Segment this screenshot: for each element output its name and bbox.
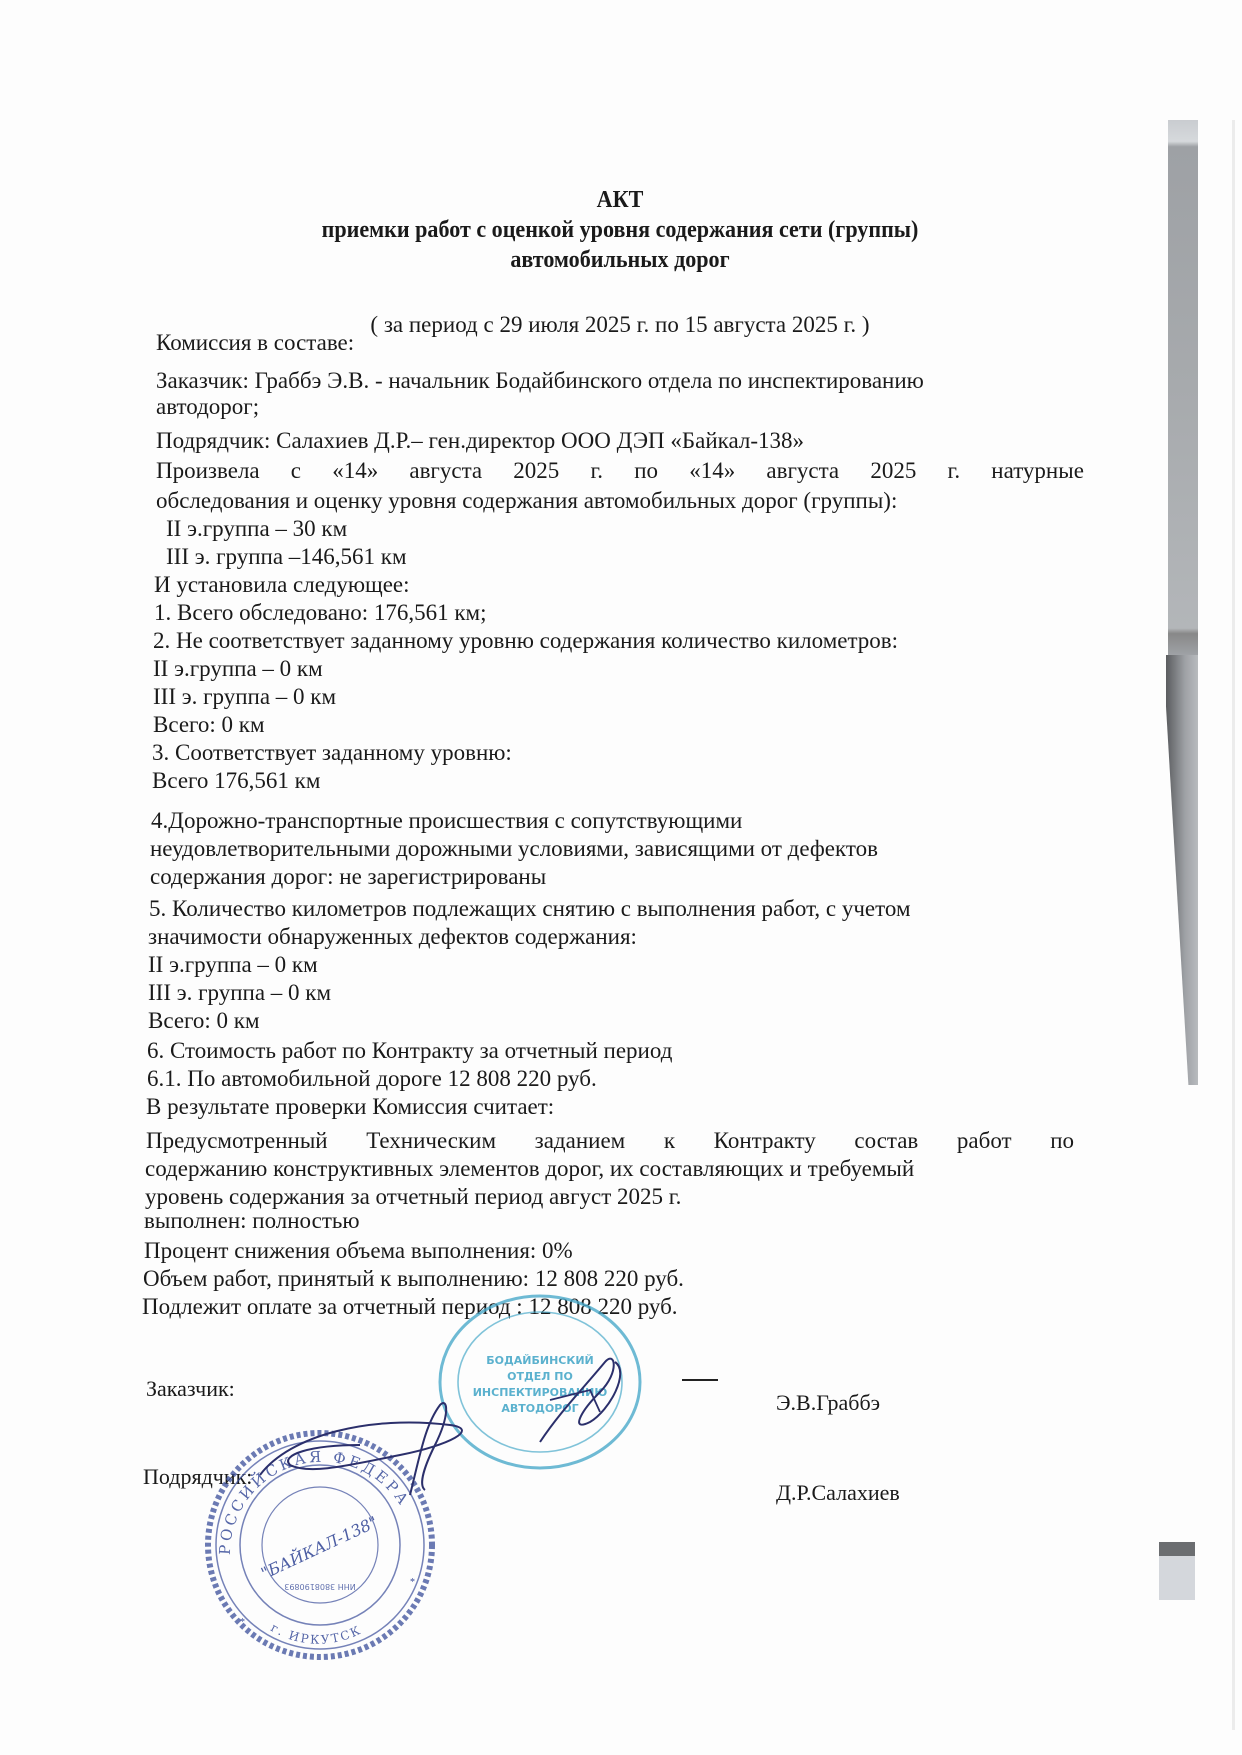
stamp-text: ИНСПЕКТИРОВАНИЮ — [473, 1386, 608, 1399]
stamp-text: БОДАЙБИНСКИЙ — [486, 1354, 594, 1367]
commission-heading: Комиссия в составе: — [156, 330, 354, 356]
word: «14» — [332, 458, 378, 484]
word: августа — [766, 458, 839, 484]
contractor-line: Подрядчик: Салахиев Д.Р.– ген.директор О… — [156, 428, 804, 454]
finding-5-group-3: III э. группа – 0 км — [148, 980, 331, 1006]
finding-4-line-2: неудовлетворительными дорожными условиям… — [150, 836, 878, 862]
finding-1: 1. Всего обследовано: 176,561 км; — [154, 600, 486, 626]
contractor-signature-name: Д.Р.Салахиев — [776, 1480, 900, 1506]
survey-line: Произвела с «14» августа 2025 г. по «14»… — [156, 458, 1084, 484]
word: к — [664, 1128, 675, 1154]
word: заданием — [535, 1128, 626, 1154]
finding-5: 5. Количество километров подлежащих снят… — [149, 896, 911, 922]
accepted-volume: Объем работ, принятый к выполнению: 12 8… — [143, 1266, 684, 1292]
finding-5-total: Всего: 0 км — [148, 1008, 260, 1034]
finding-2-group-3: III э. группа – 0 км — [153, 684, 336, 710]
stamp-inn-text: ИНН 3808190893 — [284, 1582, 355, 1591]
scanner-edge-artifact — [1166, 655, 1198, 1085]
word: по — [634, 458, 658, 484]
stamp-text: ОТДЕЛ ПО — [507, 1370, 573, 1383]
svg-text:*: * — [240, 1617, 245, 1628]
finding-2-group-2: II э.группа – 0 км — [153, 656, 323, 682]
finding-3-total: Всего 176,561 км — [152, 768, 320, 794]
conclusion-paragraph-line-3: уровень содержания за отчетный период ав… — [145, 1184, 681, 1210]
word: 2025 — [513, 458, 559, 484]
stamp-center-text: "БАЙКАЛ-138" — [257, 1511, 380, 1583]
word: августа — [409, 458, 482, 484]
page-edge — [1232, 120, 1235, 1730]
word: натурные — [991, 458, 1084, 484]
conclusion-paragraph-line-1: Предусмотренный Техническим заданием к К… — [146, 1128, 1074, 1154]
word: с — [291, 458, 301, 484]
finding-3: 3. Соответствует заданному уровню: — [152, 740, 512, 766]
findings-heading: И установила следующее: — [154, 572, 410, 598]
word: Предусмотренный — [146, 1128, 328, 1154]
finding-2-total: Всего: 0 км — [153, 712, 265, 738]
customer-line: Заказчик: Граббэ Э.В. - начальник Бодайб… — [156, 368, 924, 394]
word: г. — [948, 458, 961, 484]
word: работ — [957, 1128, 1012, 1154]
finding-6-1: 6.1. По автомобильной дороге 12 808 220 … — [147, 1066, 597, 1092]
scanner-edge-artifact — [1168, 120, 1198, 655]
word: Техническим — [366, 1128, 496, 1154]
group-3-length: III э. группа –146,561 км — [166, 544, 407, 570]
word: Контракту — [714, 1128, 816, 1154]
word: Произвела — [156, 458, 260, 484]
finding-5-group-2: II э.группа – 0 км — [148, 952, 318, 978]
stamp-text: АВТОДОРОГ — [501, 1402, 578, 1415]
finding-2: 2. Не соответствует заданному уровню сод… — [153, 628, 898, 654]
title-act: АКТ — [178, 185, 1061, 215]
word: состав — [854, 1128, 918, 1154]
finding-4-line-3: содержания дорог: не зарегистрированы — [150, 864, 546, 890]
scanner-edge-artifact — [1159, 1556, 1195, 1600]
group-2-length: II э.группа – 30 км — [166, 516, 347, 542]
title-subtitle: приемки работ с оценкой уровня содержани… — [178, 215, 1061, 245]
document-title: АКТ приемки работ с оценкой уровня содер… — [140, 185, 1100, 275]
conclusion-paragraph-line-2: содержанию конструктивных элементов доро… — [145, 1156, 914, 1182]
customer-signature-name: Э.В.Граббэ — [776, 1390, 880, 1416]
reduction-percent: Процент снижения объема выполнения: 0% — [144, 1238, 573, 1264]
survey-line-2: обследования и оценку уровня содержания … — [156, 488, 897, 514]
completion-status: выполнен: полностью — [144, 1208, 360, 1234]
title-subtitle-2: автомобильных дорог — [178, 245, 1061, 275]
finding-4: 4.Дорожно-транспортные происшествия с со… — [151, 808, 742, 834]
customer-signature-label: Заказчик: — [146, 1376, 235, 1402]
document-page: АКТ приемки работ с оценкой уровня содер… — [0, 0, 1242, 1755]
word: 2025 — [870, 458, 916, 484]
word: «14» — [689, 458, 735, 484]
contractor-signature-icon — [250, 1395, 490, 1505]
finding-5-line-2: значимости обнаруженных дефектов содержа… — [148, 924, 637, 950]
word: г. — [590, 458, 603, 484]
svg-text:*: * — [410, 1577, 415, 1588]
conclusion-heading: В результате проверки Комиссия считает: — [146, 1094, 554, 1120]
word: по — [1050, 1128, 1074, 1154]
customer-line-2: автодорог; — [156, 394, 259, 420]
signature-dash — [682, 1379, 718, 1381]
finding-6: 6. Стоимость работ по Контракту за отчет… — [147, 1038, 672, 1064]
